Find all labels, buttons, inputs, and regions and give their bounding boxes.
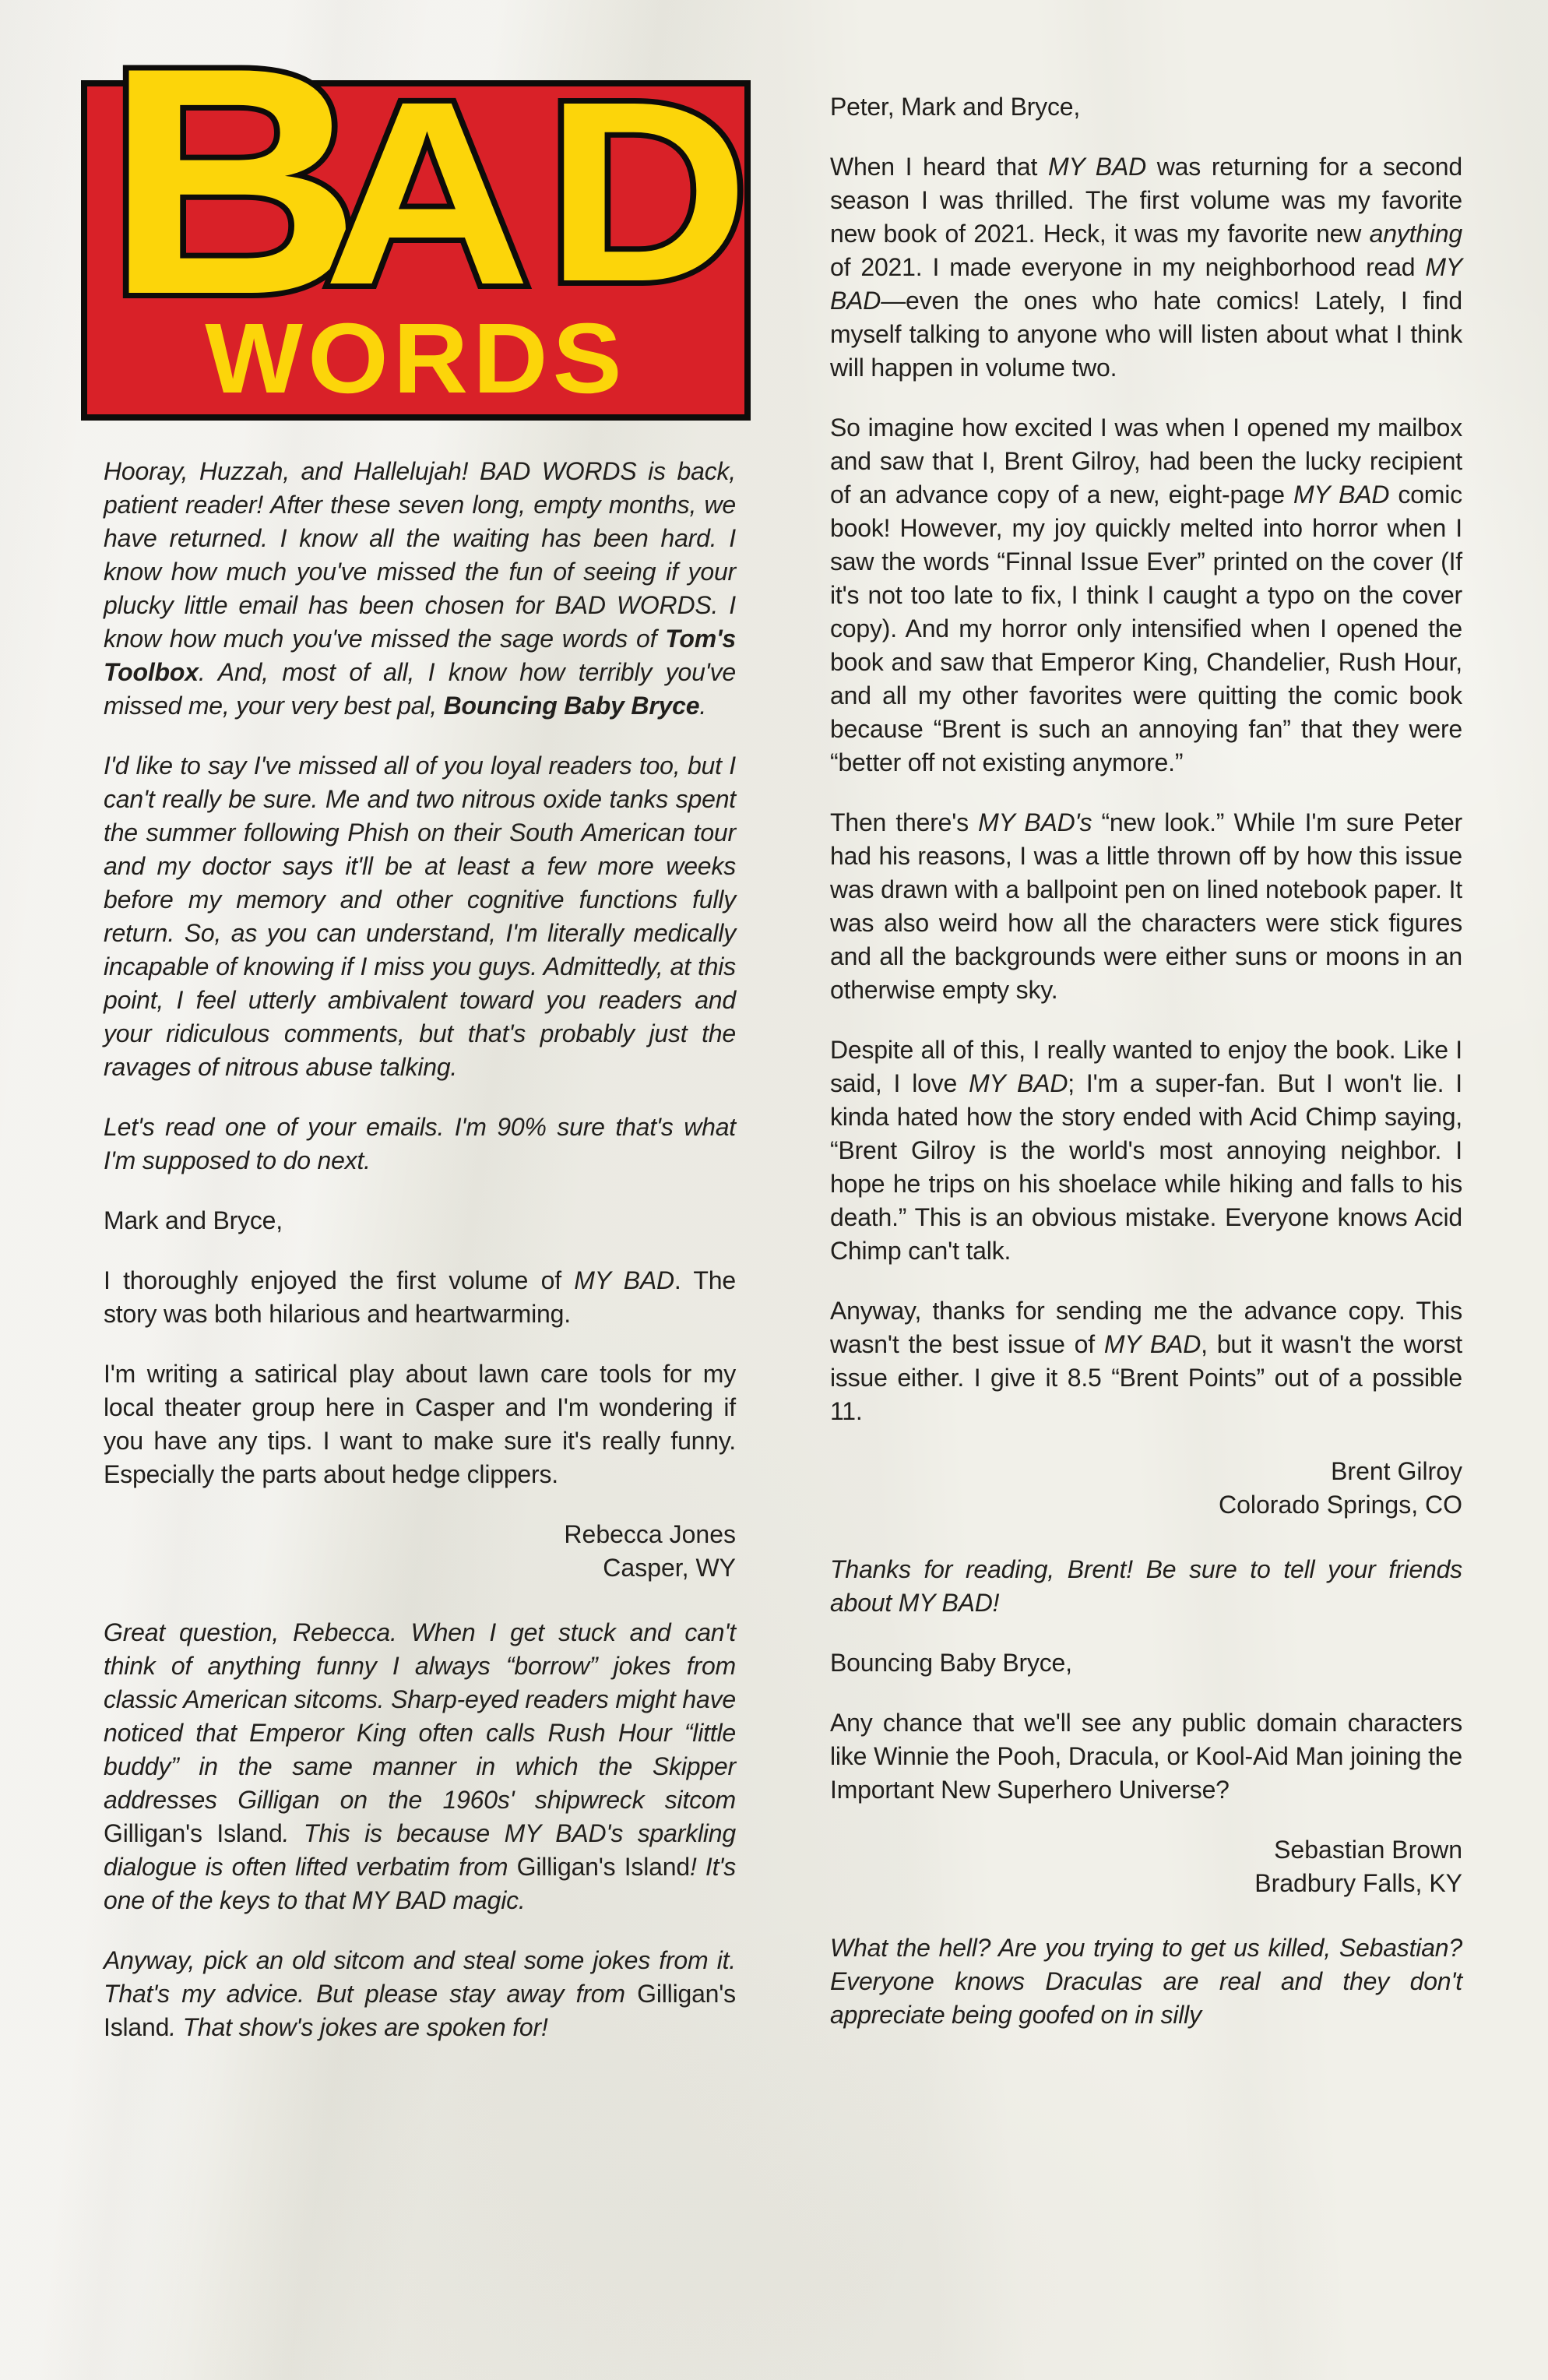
text-segment: Gilligan's Island: [104, 1819, 283, 1847]
text-segment: When I heard that: [830, 153, 1048, 181]
text-segment: MY BAD: [1048, 153, 1146, 181]
text-segment: I'm writing a satirical play about lawn …: [104, 1360, 736, 1488]
right-column-text: Peter, Mark and Bryce,When I heard that …: [830, 90, 1462, 2032]
text-segment: Hooray, Huzzah, and Hallelujah! BAD WORD…: [104, 457, 736, 653]
text-segment: Thanks for reading, Brent! Be sure to te…: [830, 1555, 1462, 1617]
reader-letter-paragraph: When I heard that MY BAD was returning f…: [830, 150, 1462, 385]
text-segment: MY BAD: [1293, 481, 1389, 509]
reader-letter-paragraph: Then there's MY BAD's “new look.” While …: [830, 806, 1462, 1007]
letters-page: { "page": { "paper_color": "#f1f0e9", "i…: [0, 0, 1548, 2380]
signature: Sebastian BrownBradbury Falls, KY: [830, 1833, 1462, 1900]
text-segment: Mark and Bryce,: [104, 1206, 283, 1234]
text-segment: MY BAD's: [978, 808, 1092, 836]
reader-letter-paragraph: Despite all of this, I really wanted to …: [830, 1033, 1462, 1268]
signature-line: Casper, WY: [104, 1551, 736, 1585]
signature-line: Bradbury Falls, KY: [830, 1867, 1462, 1900]
text-segment: Peter, Mark and Bryce,: [830, 93, 1080, 121]
left-column-text: Hooray, Huzzah, and Hallelujah! BAD WORD…: [81, 455, 751, 2044]
text-segment: “new look.” While I'm sure Peter had his…: [830, 808, 1462, 1004]
logo-subtitle: WORDS: [74, 309, 758, 409]
signature-line: Brent Gilroy: [830, 1455, 1462, 1488]
text-segment: . That show's jokes are spoken for!: [169, 2013, 547, 2041]
reader-letter-paragraph: Any chance that we'll see any public dom…: [830, 1706, 1462, 1807]
editor-reply-paragraph: Thanks for reading, Brent! Be sure to te…: [830, 1553, 1462, 1620]
salutation: Mark and Bryce,: [104, 1204, 736, 1238]
text-segment: —even the ones who hate comics! Lately, …: [830, 287, 1462, 382]
text-segment: comic book! However, my joy quickly melt…: [830, 481, 1462, 776]
text-segment: anything: [1370, 220, 1462, 248]
bad-words-logo: B A D WORDS: [81, 80, 751, 421]
logo-letter-d: D: [545, 63, 749, 320]
letters-page-content: B A D WORDS Hooray, Huzzah, and Halleluj…: [0, 0, 1548, 2071]
text-segment: ; I'm a super-fan. But I won't lie. I ki…: [830, 1069, 1462, 1265]
text-segment: Great question, Rebecca. When I get stuc…: [104, 1618, 736, 1814]
text-segment: I thoroughly enjoyed the first volume of: [104, 1266, 574, 1294]
text-segment: Let's read one of your emails. I'm 90% s…: [104, 1113, 736, 1174]
right-column: Peter, Mark and Bryce,When I heard that …: [830, 0, 1462, 2071]
signature: Rebecca JonesCasper, WY: [104, 1518, 736, 1585]
editor-reply-paragraph: Hooray, Huzzah, and Hallelujah! BAD WORD…: [104, 455, 736, 723]
left-column: B A D WORDS Hooray, Huzzah, and Halleluj…: [81, 0, 751, 2071]
signature-line: Sebastian Brown: [830, 1833, 1462, 1867]
text-segment: I'd like to say I've missed all of you l…: [104, 752, 736, 1081]
text-segment: MY BAD: [1104, 1330, 1201, 1358]
signature-line: Colorado Springs, CO: [830, 1488, 1462, 1522]
text-segment: .: [699, 692, 706, 720]
editor-reply-paragraph: Great question, Rebecca. When I get stuc…: [104, 1616, 736, 1917]
editor-reply-paragraph: Anyway, pick an old sitcom and steal som…: [104, 1944, 736, 2044]
text-segment: MY BAD: [969, 1069, 1068, 1097]
reader-letter-paragraph: I'm writing a satirical play about lawn …: [104, 1357, 736, 1491]
reader-letter-paragraph: Anyway, thanks for sending me the advanc…: [830, 1294, 1462, 1428]
text-segment: Bouncing Baby Bryce: [444, 692, 700, 720]
text-segment: What the hell? Are you trying to get us …: [830, 1934, 1462, 2029]
text-segment: of 2021. I made everyone in my neighborh…: [830, 253, 1425, 281]
text-segment: Then there's: [830, 808, 978, 836]
text-segment: Any chance that we'll see any public dom…: [830, 1709, 1462, 1804]
salutation: Bouncing Baby Bryce,: [830, 1646, 1462, 1680]
text-segment: Gilligan's Island: [517, 1853, 690, 1881]
editor-reply-paragraph: I'd like to say I've missed all of you l…: [104, 749, 736, 1084]
text-segment: Bouncing Baby Bryce,: [830, 1649, 1072, 1677]
reader-letter-paragraph: So imagine how excited I was when I open…: [830, 411, 1462, 780]
signature-line: Rebecca Jones: [104, 1518, 736, 1551]
salutation: Peter, Mark and Bryce,: [830, 90, 1462, 124]
signature: Brent GilroyColorado Springs, CO: [830, 1455, 1462, 1522]
editor-reply-paragraph: What the hell? Are you trying to get us …: [830, 1931, 1462, 2032]
logo-letter-a: A: [323, 63, 531, 325]
text-segment: MY BAD: [574, 1266, 674, 1294]
editor-reply-paragraph: Let's read one of your emails. I'm 90% s…: [104, 1111, 736, 1178]
reader-letter-paragraph: I thoroughly enjoyed the first volume of…: [104, 1264, 736, 1331]
